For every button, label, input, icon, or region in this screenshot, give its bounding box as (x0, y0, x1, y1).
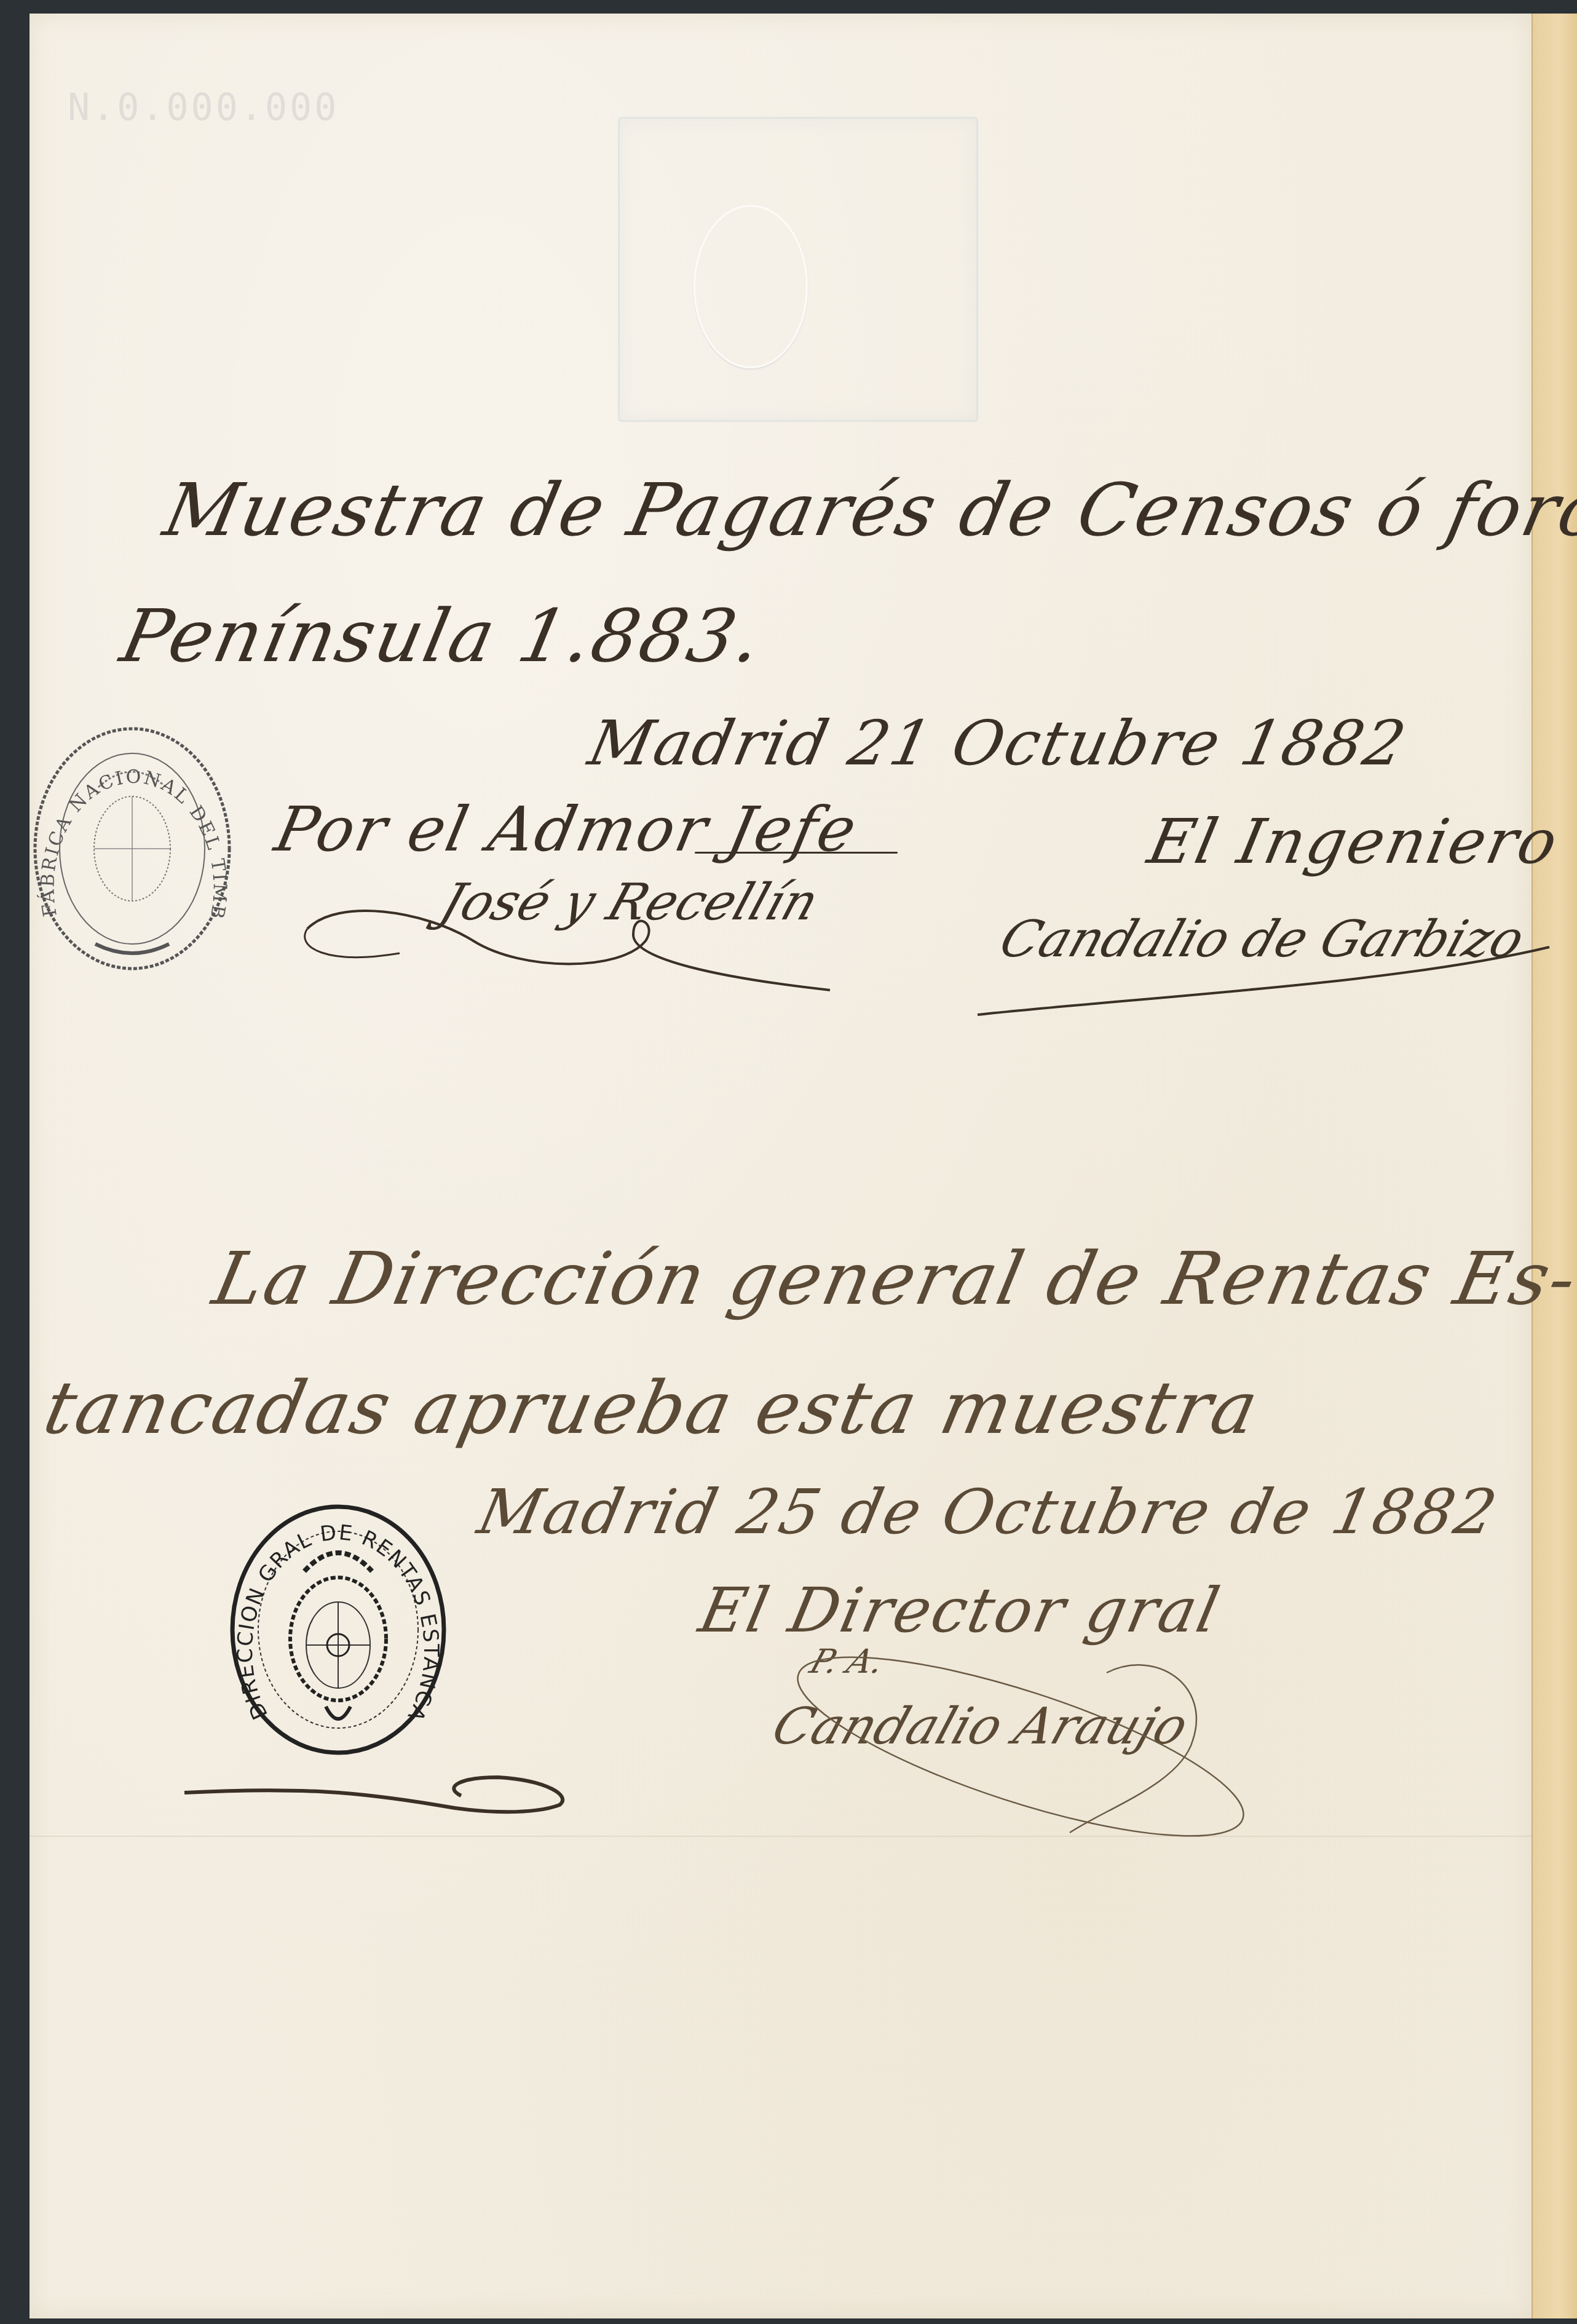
left-signatory-title: Por el Admor Jefe (269, 793, 864, 865)
document-heading-line2: Península 1.883. (114, 593, 770, 678)
approval-text-line2: tancadas aprueba esta muestra (37, 1365, 1267, 1450)
closing-flourish-icon (178, 1765, 584, 1839)
approval-text-line1: La Dirección general de Rentas Es- (206, 1236, 1577, 1321)
svg-text:FÁBRICA NACIONAL DEL TIMBRE: FÁBRICA NACIONAL DEL TIMBRE (25, 720, 231, 922)
date-line-2: Madrid 25 de Octubre de 1882 (472, 1476, 1504, 1548)
title-underline (695, 852, 898, 854)
ghost-serial-number: N.0.000.000 (68, 86, 339, 129)
seal-direccion-rentas-estancadas: DIRECCION GRAL DE RENTAS ESTANCADAS (221, 1497, 455, 1762)
signature-underline-stroke-icon (965, 935, 1555, 1033)
embossed-oval (694, 205, 808, 368)
director-signature-flourish-icon (725, 1648, 1279, 1845)
signature-flourish-icon (289, 886, 842, 996)
document-heading-line1: Muestra de Pagarés de Censos ó foros, (157, 467, 1577, 552)
seal-coat-of-arms-icon: DIRECCION GRAL DE RENTAS ESTANCADAS (221, 1497, 455, 1762)
right-signatory-title: El Ingeniero (1142, 806, 1565, 878)
scan-background (1533, 0, 1577, 14)
seal-emblem-icon: FÁBRICA NACIONAL DEL TIMBRE (25, 720, 240, 978)
director-title: El Director gral (694, 1574, 1227, 1646)
date-line-1: Madrid 21 Octubre 1882 (583, 707, 1413, 779)
seal-fabrica-nacional-timbre: FÁBRICA NACIONAL DEL TIMBRE (25, 720, 240, 978)
svg-text:DIRECCION GRAL DE RENTAS ESTAN: DIRECCION GRAL DE RENTAS ESTANCADAS (221, 1497, 443, 1726)
paper-edge-strip (1532, 14, 1577, 2318)
embossed-stamp-block (618, 117, 978, 422)
